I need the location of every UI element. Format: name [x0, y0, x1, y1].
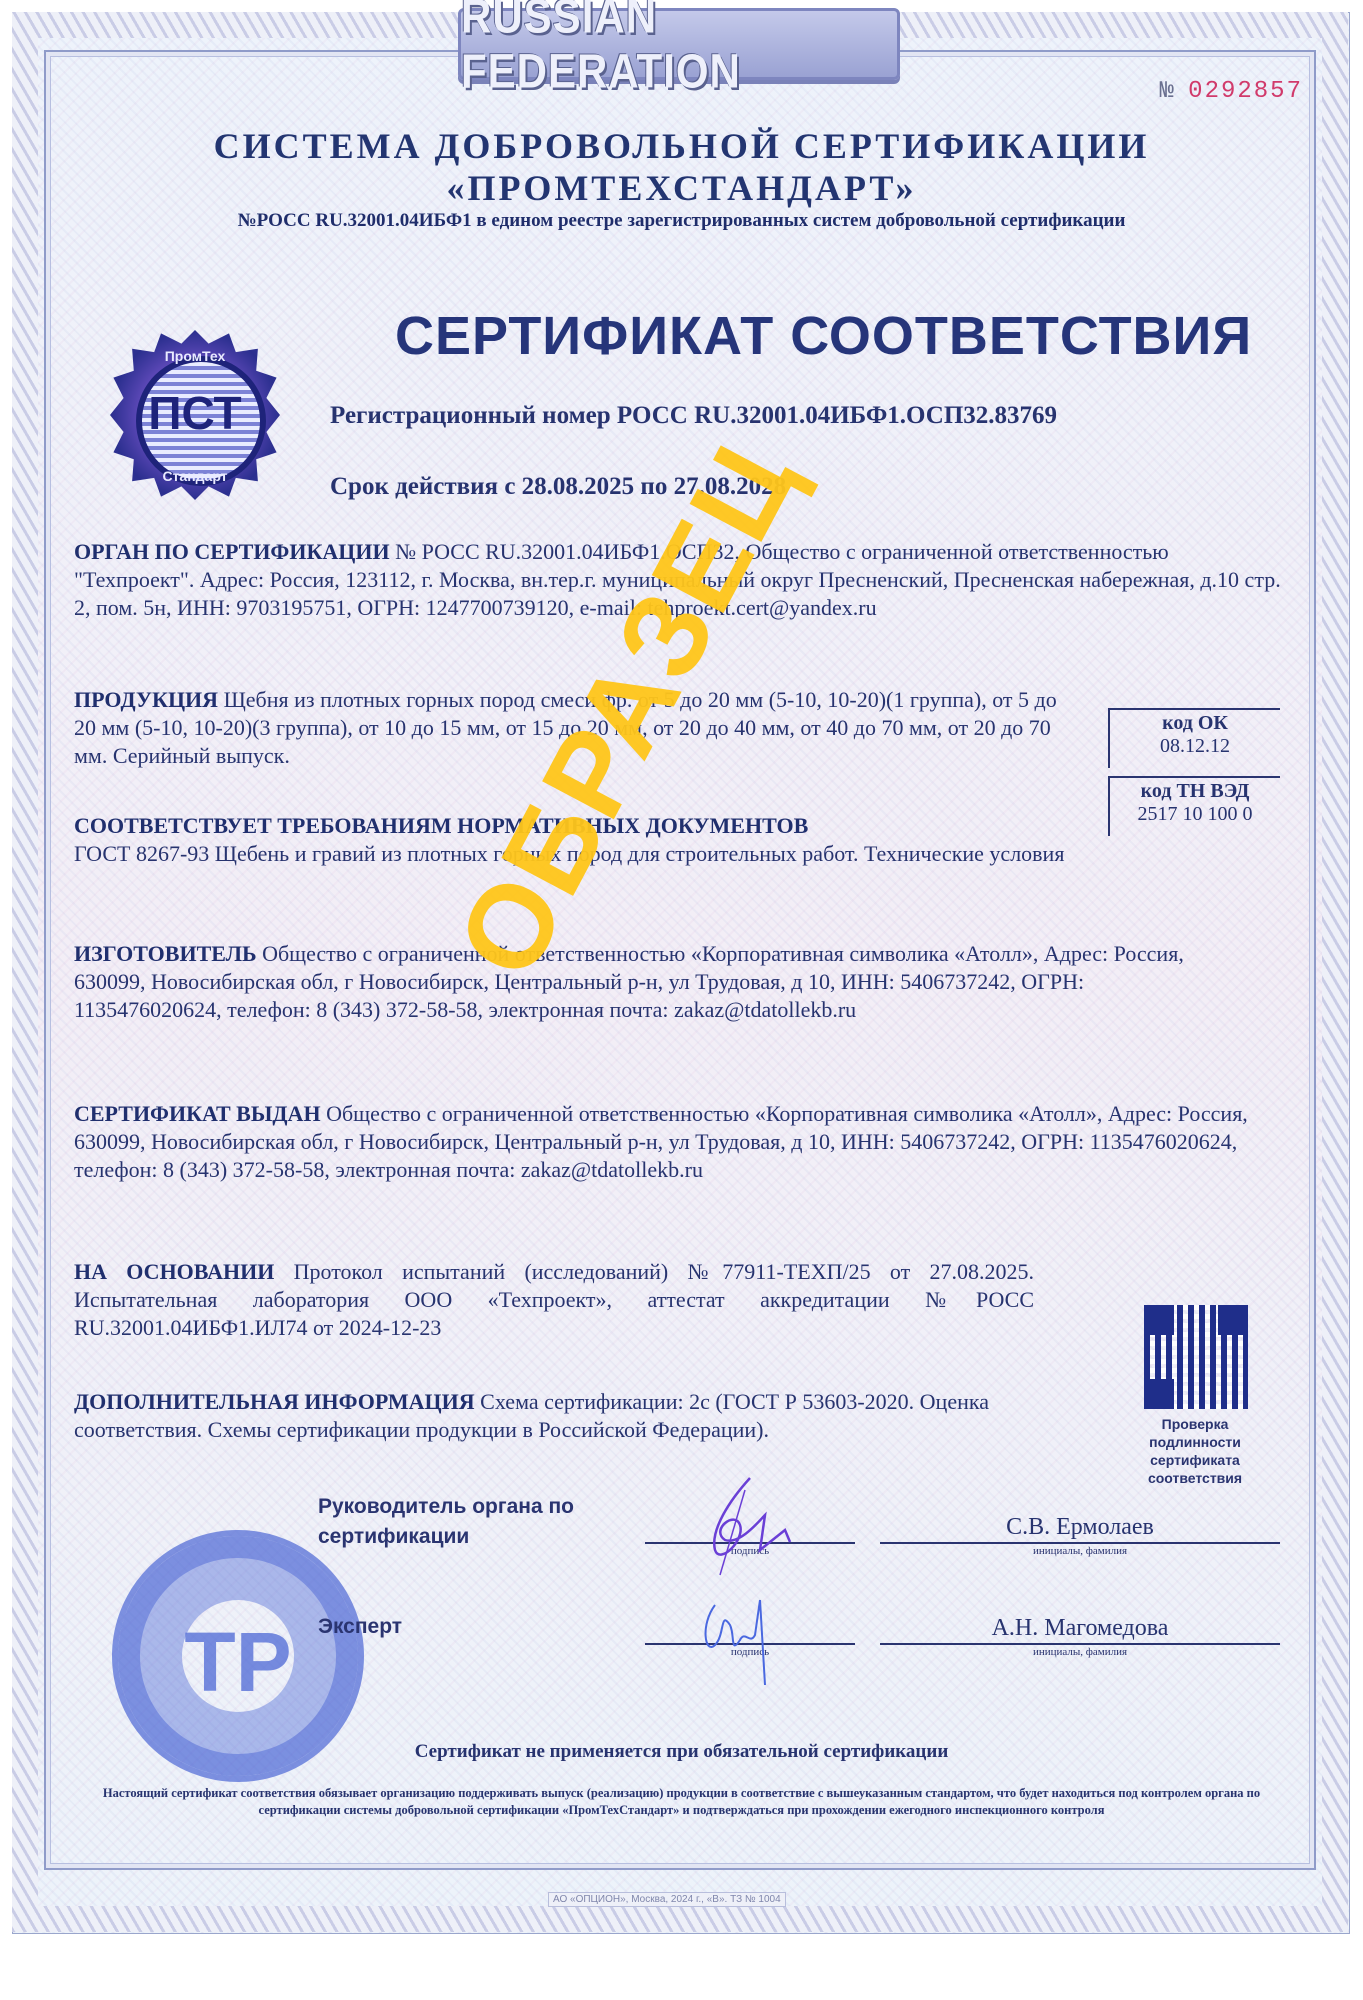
code-tnved-box: код ТН ВЭД 2517 10 100 0	[1108, 776, 1280, 836]
expert-role-label: Эксперт	[318, 1612, 402, 1642]
serial-value: 0292857	[1188, 78, 1303, 105]
fineprint: Настоящий сертификат соответствия обязыв…	[90, 1785, 1273, 1819]
country-banner: RUSSIAN FEDERATION	[458, 8, 900, 80]
qr-code-icon[interactable]	[1144, 1305, 1248, 1409]
certificate-title: СЕРТИФИКАТ СООТВЕТСТВИЯ	[395, 305, 1252, 367]
expert-name: А.Н. Магомедова	[880, 1615, 1280, 1642]
head-name: С.В. Ермолаев	[880, 1514, 1280, 1541]
head-role-label: Руководитель органа по сертификации	[318, 1492, 598, 1552]
printer-imprint: АО «ОПЦИОН», Москва, 2024 г., «В». ТЗ № …	[548, 1892, 786, 1907]
code-ok-box: код ОК 08.12.12	[1108, 708, 1280, 768]
section-basis: НА ОСНОВАНИИ Протокол испытаний (исследо…	[74, 1258, 1034, 1342]
section-additional-info: ДОПОЛНИТЕЛЬНАЯ ИНФОРМАЦИЯ Схема сертифик…	[74, 1388, 1014, 1444]
section-issued-to: СЕРТИФИКАТ ВЫДАН Общество с ограниченной…	[74, 1100, 1284, 1184]
registration-number: Регистрационный номер РОСС RU.32001.04ИБ…	[330, 402, 1057, 430]
voluntary-note: Сертификат не применяется при обязательн…	[0, 1741, 1363, 1763]
expert-signature-icon	[690, 1585, 800, 1695]
system-title: СИСТЕМА ДОБРОВОЛЬНОЙ СЕРТИФИКАЦИИ «ПРОМТ…	[0, 125, 1363, 209]
promtekh-standard-logo-icon: ПСТ ПромТех Стандарт	[110, 330, 280, 500]
banner-text: RUSSIAN FEDERATION	[461, 0, 897, 99]
system-registry: №РОСС RU.32001.04ИБФ1 в едином реестре з…	[0, 210, 1363, 232]
section-manufacturer: ИЗГОТОВИТЕЛЬ Общество с ограниченной отв…	[74, 940, 1224, 1024]
head-signature-icon	[690, 1470, 810, 1580]
serial-number: № 0292857	[1159, 78, 1303, 105]
qr-caption: Проверка подлинности сертификата соответ…	[1120, 1415, 1270, 1487]
